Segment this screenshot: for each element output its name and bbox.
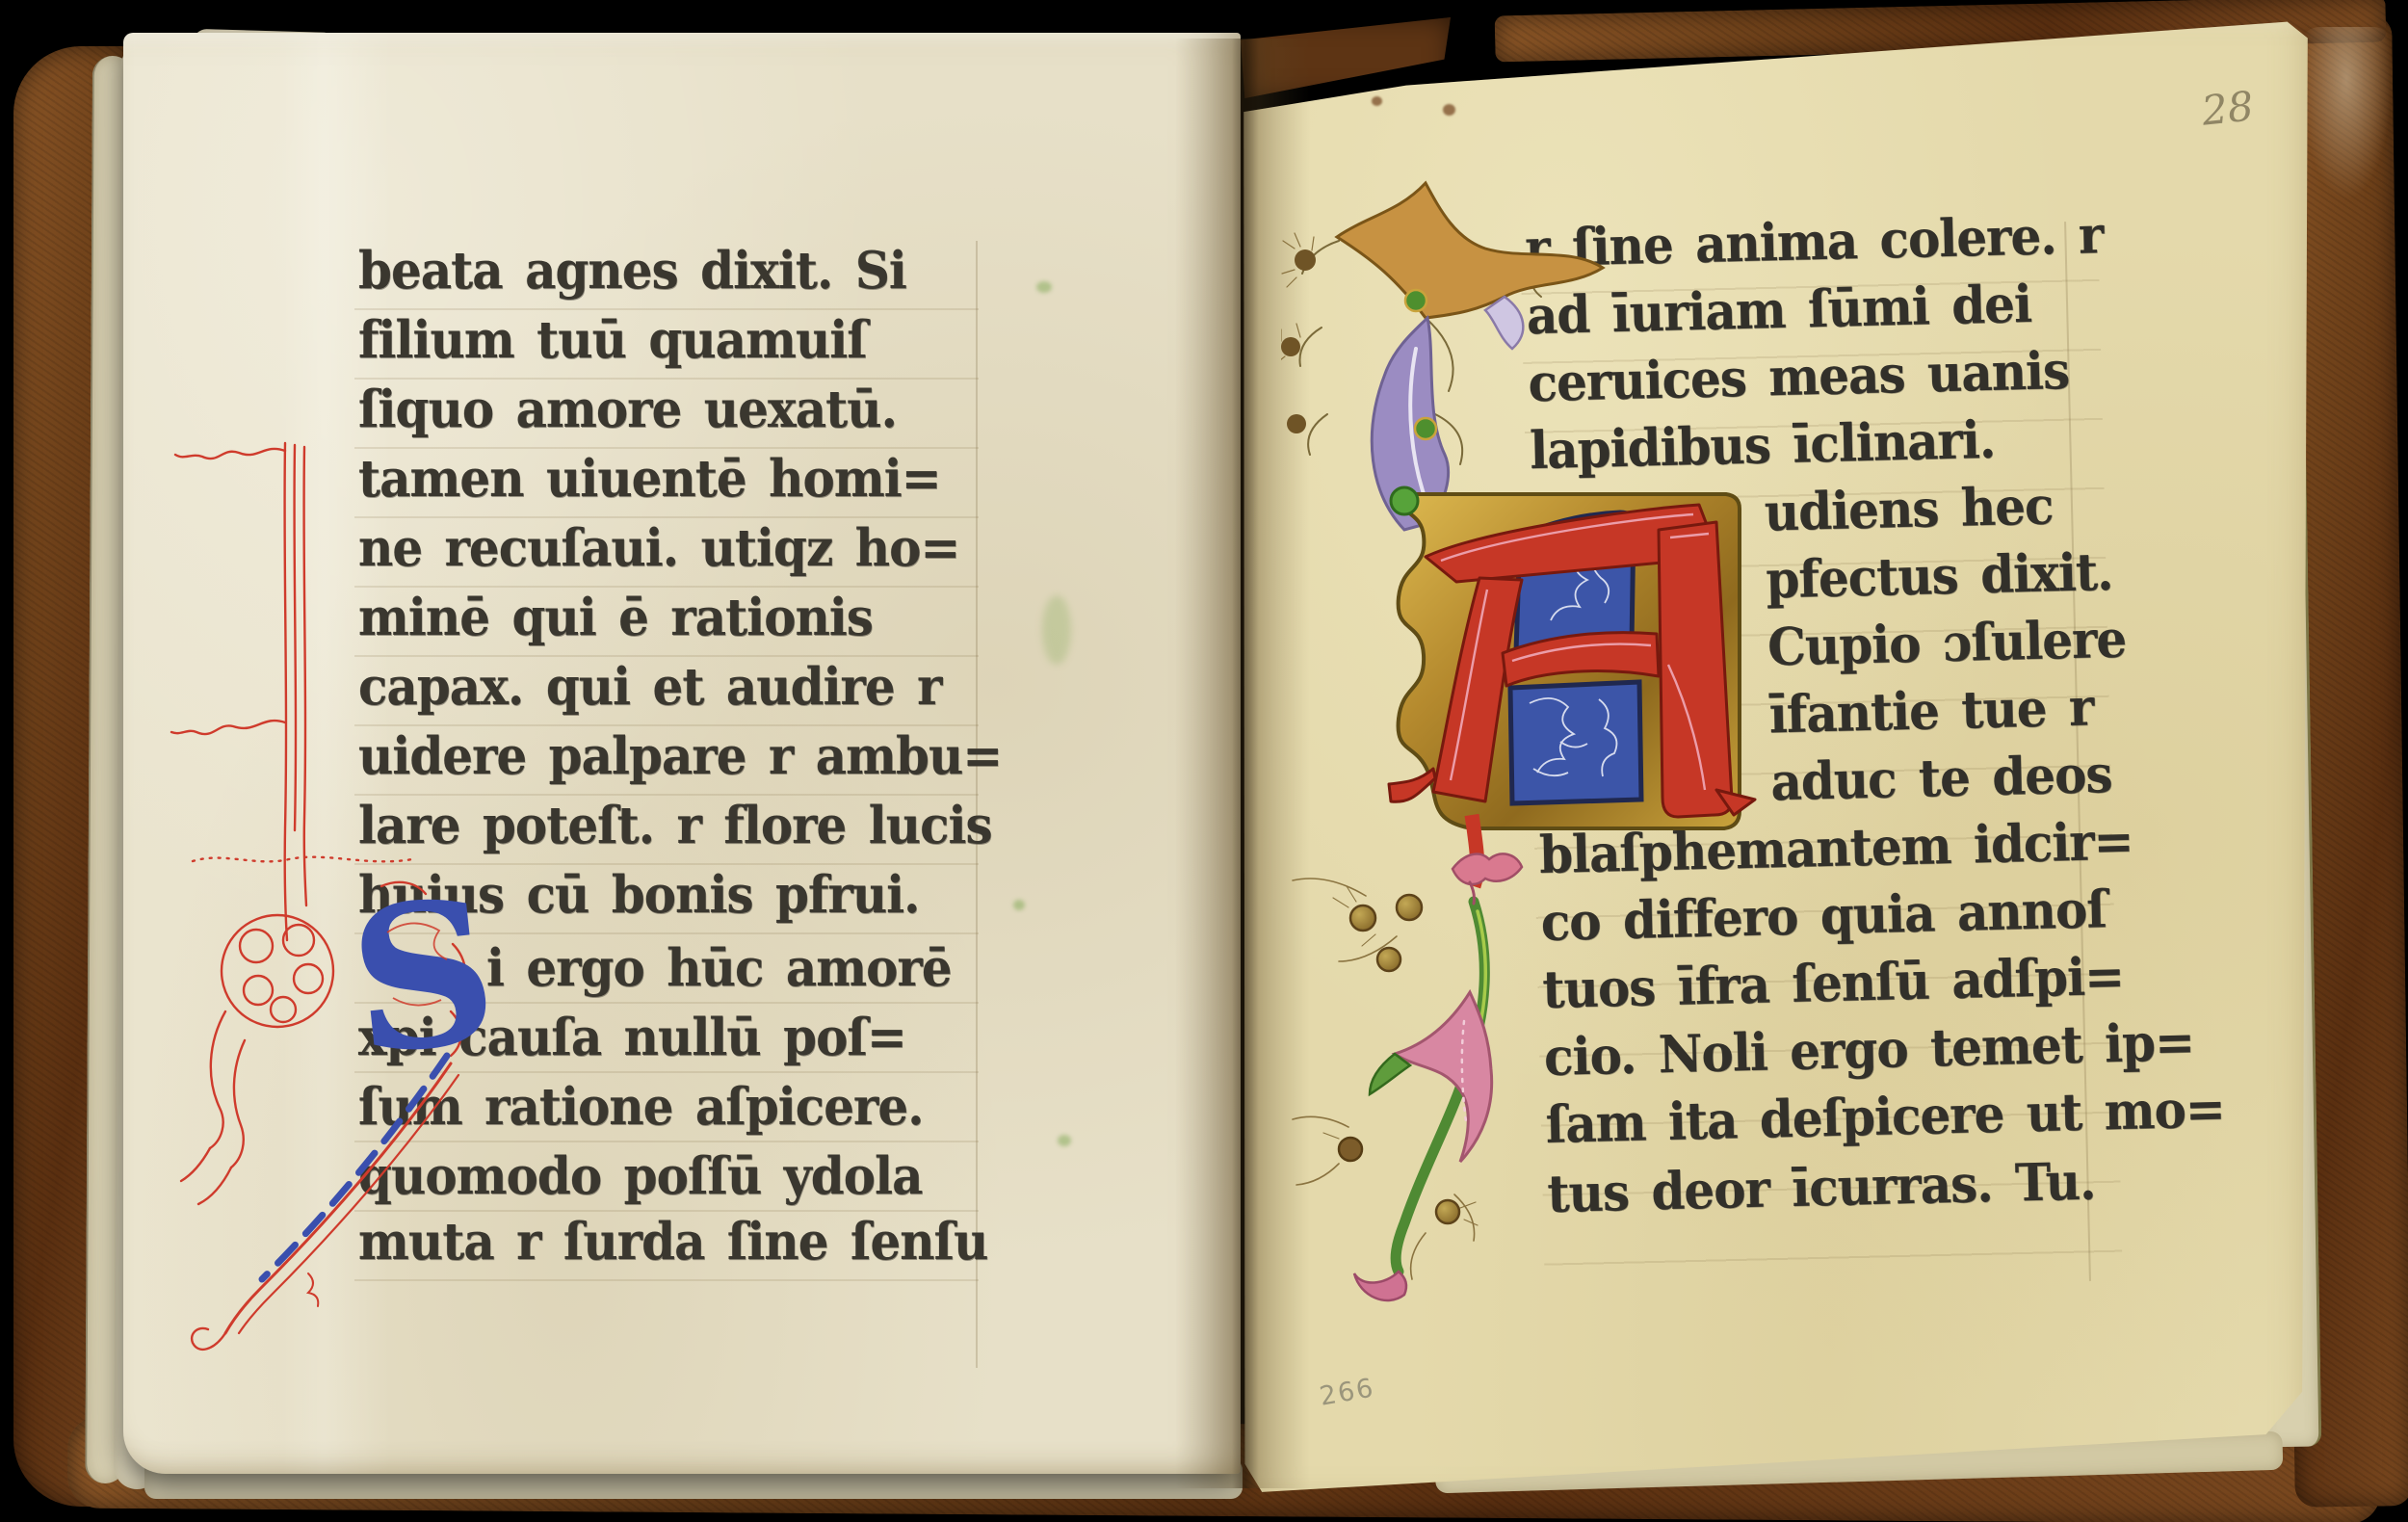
- manuscript-photo: beata agnes dixit. Si filium tuū quamuiſ…: [0, 0, 2408, 1522]
- initial-s-glyph: S: [340, 855, 491, 1100]
- penwork-flourish-and-initial-s: S: [164, 405, 491, 1426]
- stain-spot: [1372, 96, 1382, 106]
- stain-spot: [1013, 900, 1025, 910]
- manuscript-line: beata agnes dixit. Si: [358, 241, 906, 301]
- border-flourish-lower: [1293, 853, 1522, 1300]
- manuscript-line: filium tuū quamuiſ: [358, 310, 867, 370]
- stain-spot: [1036, 281, 1052, 293]
- stain-spot: [1058, 1135, 1071, 1146]
- folio-number: 28: [2200, 82, 2256, 134]
- stain-spot: [1042, 595, 1071, 665]
- manuscript-line: i ergo hūc amorē: [486, 938, 952, 998]
- illuminated-initial-a-and-border: [1281, 125, 2013, 1387]
- stain-spot: [1443, 104, 1455, 116]
- leather-scuff-patch: [2300, 27, 2393, 200]
